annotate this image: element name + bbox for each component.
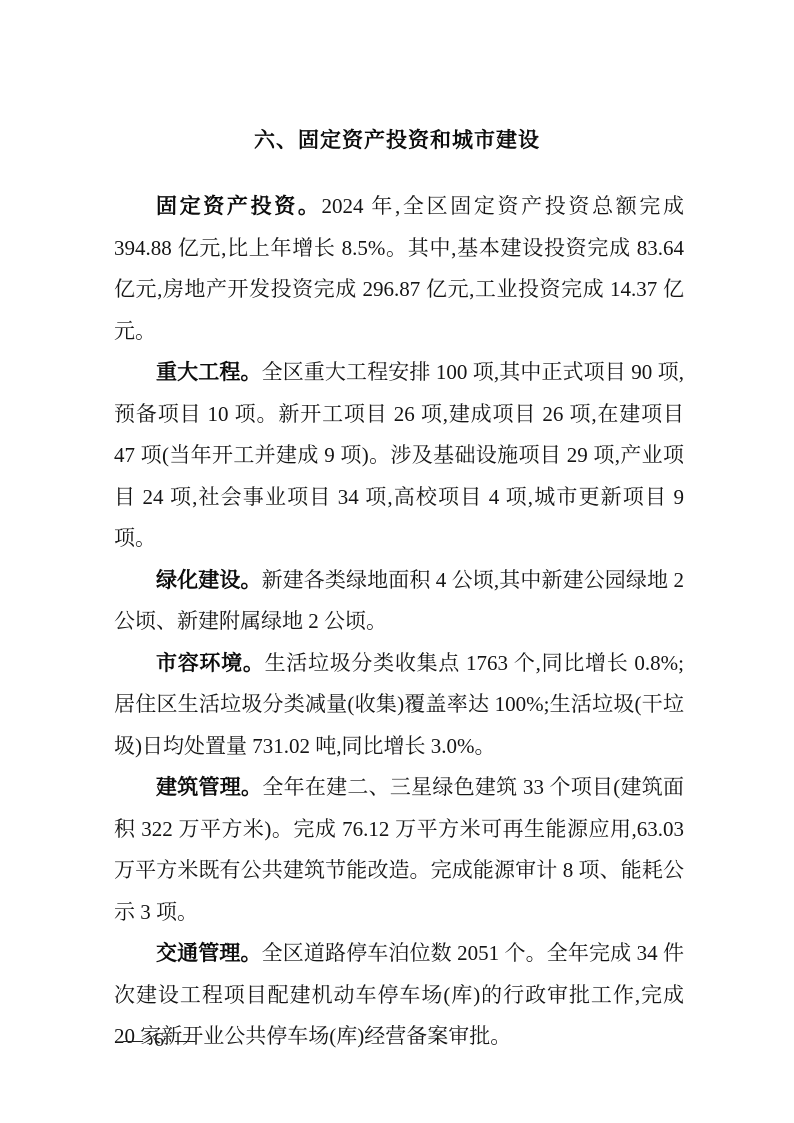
paragraph-building-management: 建筑管理。全年在建二、三星绿色建筑 33 个项目(建筑面积 322 万平方米)。…	[114, 767, 684, 933]
paragraph-label: 固定资产投资。	[156, 194, 322, 218]
paragraph-label: 市容环境。	[156, 651, 265, 675]
paragraph-major-projects: 重大工程。全区重大工程安排 100 项,其中正式项目 90 项,预备项目 10 …	[114, 352, 684, 560]
paragraph-label: 交通管理。	[156, 941, 262, 965]
document-page: 六、固定资产投资和城市建设 固定资产投资。2024 年,全区固定资产投资总额完成…	[0, 0, 794, 1123]
paragraph-city-environment: 市容环境。生活垃圾分类收集点 1763 个,同比增长 0.8%;居住区生活垃圾分…	[114, 643, 684, 768]
paragraph-label: 重大工程。	[156, 360, 262, 384]
paragraph-label: 绿化建设。	[156, 568, 262, 592]
document-body: 固定资产投资。2024 年,全区固定资产投资总额完成 394.88 亿元,比上年…	[114, 186, 684, 1058]
paragraph-traffic-management: 交通管理。全区道路停车泊位数 2051 个。全年完成 34 件次建设工程项目配建…	[114, 933, 684, 1058]
paragraph-fixed-asset-investment: 固定资产投资。2024 年,全区固定资产投资总额完成 394.88 亿元,比上年…	[114, 186, 684, 352]
paragraph-text: 全区重大工程安排 100 项,其中正式项目 90 项,预备项目 10 项。新开工…	[114, 360, 684, 550]
paragraph-label: 建筑管理。	[156, 775, 262, 799]
page-number: — 6 —	[123, 1028, 198, 1052]
paragraph-greening-construction: 绿化建设。新建各类绿地面积 4 公顷,其中新建公园绿地 2 公顷、新建附属绿地 …	[114, 560, 684, 643]
section-title: 六、固定资产投资和城市建设	[0, 128, 794, 154]
